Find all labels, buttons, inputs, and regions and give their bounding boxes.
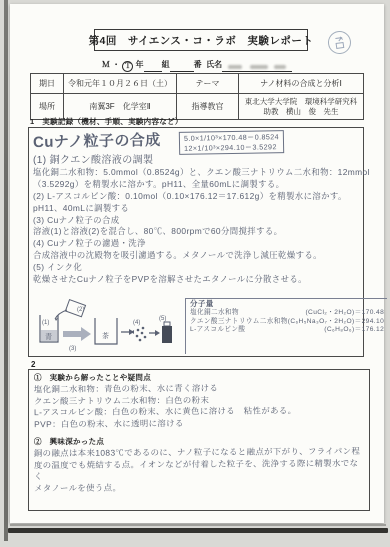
redacted-name-mark [274, 65, 286, 69]
procedure-line: pH11、40mLに調製する [33, 203, 359, 215]
instructor-name: 助教 横山 俊 先生 [241, 107, 361, 117]
section2-number: 2 [31, 360, 35, 369]
procedure-line: (1) 銅クエン酸溶液の調製 [33, 155, 359, 167]
theme-label: テーマ [177, 74, 239, 94]
report-paper: 第4回 サイエンス・コ・ラボ 実験レポート Ｍ ・ Ｔ 年組番 氏名 期日 令和… [10, 4, 384, 523]
separator-dot: ・ [112, 60, 120, 69]
diagram-step1-label: (1) [42, 320, 49, 326]
mol-weight-row: L-アスコルビン酸 (C₆H₈O₆)＝176.12 [190, 326, 384, 335]
procedure-line: 乾燥させたCuナノ粒子をPVPを溶解させたエタノールに分散させる。 [33, 274, 359, 286]
redacted-name-mark [250, 65, 268, 69]
section2-findings-box: ① 実験から解ったことや疑問点 塩化銅二水和物：青色の粉末、水に青く溶ける クエ… [28, 369, 370, 511]
compound-value: (CuCl₂・2H₂O)＝170.48 [305, 309, 384, 318]
procedure-notes: (1) 銅クエン酸溶液の調製 塩化銅二水和物：5.0mmol（0.8524g）と… [33, 155, 359, 286]
procedure-line: （3.5292g）を精製水に溶かす。pH11、全量60mLに調製する。 [33, 179, 359, 191]
procedure-line: 溶液(1)と溶液(2)を混合し、80℃、800rpmで60分間撹拌する。 [33, 226, 359, 238]
beaker1-content-label: 青 [45, 332, 52, 341]
compound-value: (C₆H₅Na₃O₇・2H₂O)＝294.10 [288, 318, 384, 327]
scan-edge-bottom-dark [8, 528, 388, 533]
date-label: 期日 [31, 74, 64, 94]
class-label: 組 [162, 60, 170, 69]
diagram-step5-label: (5) [159, 316, 166, 322]
name-label: 氏名 [206, 60, 222, 69]
class-blank [170, 63, 194, 72]
school-mark: Ｍ [102, 60, 110, 69]
section1-heading: 1 実験記録（機材、手順、実験内容など） [30, 116, 183, 127]
table-row: 期日 令和元年１０月２６日（土） テーマ ナノ材料の合成と分析Ⅰ [31, 74, 364, 94]
diagram-step3-label: (3) [69, 346, 76, 352]
procedure-line: (3) Cuナノ粒子の合成 [33, 215, 359, 227]
student-info-line: Ｍ ・ Ｔ 年組番 氏名 [10, 59, 384, 72]
beaker2-content-label: 茶 [102, 331, 109, 340]
molecular-weight-panel: 分子量 塩化銅二水和物 (CuCl₂・2H₂O)＝170.48 クエン酸三ナトリ… [185, 298, 387, 354]
instructor-affiliation: 東北大学大学院 環境科学研究科 [241, 97, 361, 107]
handwritten-calculation-box: 5.0×1/10³×170.48＝0.8524 12×1/10³×294.10＝… [178, 130, 284, 155]
theme-value: ナノ材料の合成と分析Ⅰ [239, 74, 364, 94]
handwritten-title: Cuナノ粒子の合成 [33, 129, 161, 152]
interest-line: メタノールを使う点。 [34, 481, 364, 495]
instructor-value: 東北大学大学院 環境科学研究科 助教 横山 俊 先生 [239, 94, 364, 120]
flow-diagram-icon: (2) (1) 青 (3) 茶 [33, 298, 185, 354]
redacted-name-mark [228, 65, 242, 69]
section1-record-box: Cuナノ粒子の合成 5.0×1/10³×170.48＝0.8524 12×1/1… [28, 127, 364, 357]
interesting-points-notes: 銅の融点は本来1083℃であるのに、ナノ粒子になると融点が下がり、フライパン程 … [34, 446, 364, 495]
approval-stamp-icon [327, 30, 353, 56]
spacer [34, 429, 364, 436]
year-label: 年 [136, 60, 144, 69]
compound-value: (C₆H₈O₆)＝176.12 [324, 326, 384, 335]
section1-top-row: Cuナノ粒子の合成 5.0×1/10³×170.48＝0.8524 12×1/1… [33, 130, 359, 154]
procedure-line: (4) Cuナノ粒子の濾過・洗浄 [33, 238, 359, 250]
report-title: 第4回 サイエンス・コ・ラボ 実験レポート [94, 29, 308, 51]
interest-line: 度の温度でも焼結する点。イオンなどが付着した粒子を、洗浄する際に精製水でなく [34, 458, 364, 483]
mol-weight-row: 塩化銅二水和物 (CuCl₂・2H₂O)＝170.48 [190, 309, 384, 318]
report-info-table: 期日 令和元年１０月２６日（土） テーマ ナノ材料の合成と分析Ⅰ 場所 南翼3F… [30, 73, 364, 120]
year-blank [144, 63, 162, 72]
finding-line: PVP：白色の粉末、水に透明に溶ける [34, 417, 364, 431]
date-value: 令和元年１０月２６日（土） [64, 74, 177, 94]
scan-edge-bottom-light [10, 524, 386, 526]
compound-name: L-アスコルビン酸 [190, 326, 245, 335]
process-flow-diagram: (2) (1) 青 (3) 茶 [33, 298, 185, 354]
number-label: 番 [194, 60, 202, 69]
procedure-line: 合成溶液中の沈殿物を吸引濾過する。メタノールで洗浄し減圧乾燥する。 [33, 250, 359, 262]
procedure-line: (2) L-アスコルビン酸：0.10mol（0.10×176.12＝17.612… [33, 191, 359, 203]
diagram-step2-label: (2) [77, 307, 84, 313]
instructor-label: 指導教官 [177, 94, 239, 120]
name-blank [222, 63, 292, 72]
stamp-marks-icon [331, 34, 348, 51]
calc-line-2: 12×1/10³×294.10＝3.5292 [184, 142, 279, 153]
procedure-line: 塩化銅二水和物：5.0mmol（0.8524g）と、クエン酸三ナトリウム二水和物… [33, 167, 359, 179]
scan-edge-left [4, 0, 8, 541]
procedure-line: (5) インク化 [33, 262, 359, 274]
scanned-report-page: 第4回 サイエンス・コ・ラボ 実験レポート Ｍ ・ Ｔ 年組番 氏名 期日 令和… [0, 0, 390, 547]
diagram-step4-label: (4) [133, 320, 140, 326]
circled-letter: Ｔ [122, 61, 133, 72]
section1-bottom-row: (2) (1) 青 (3) 茶 [33, 298, 359, 354]
findings-notes: 塩化銅二水和物：青色の粉末、水に青く溶ける クエン酸三ナトリウム二水和物：白色の… [34, 382, 364, 431]
molecular-weight-heading: 分子量 [190, 300, 384, 309]
compound-name: 塩化銅二水和物 [190, 309, 239, 318]
